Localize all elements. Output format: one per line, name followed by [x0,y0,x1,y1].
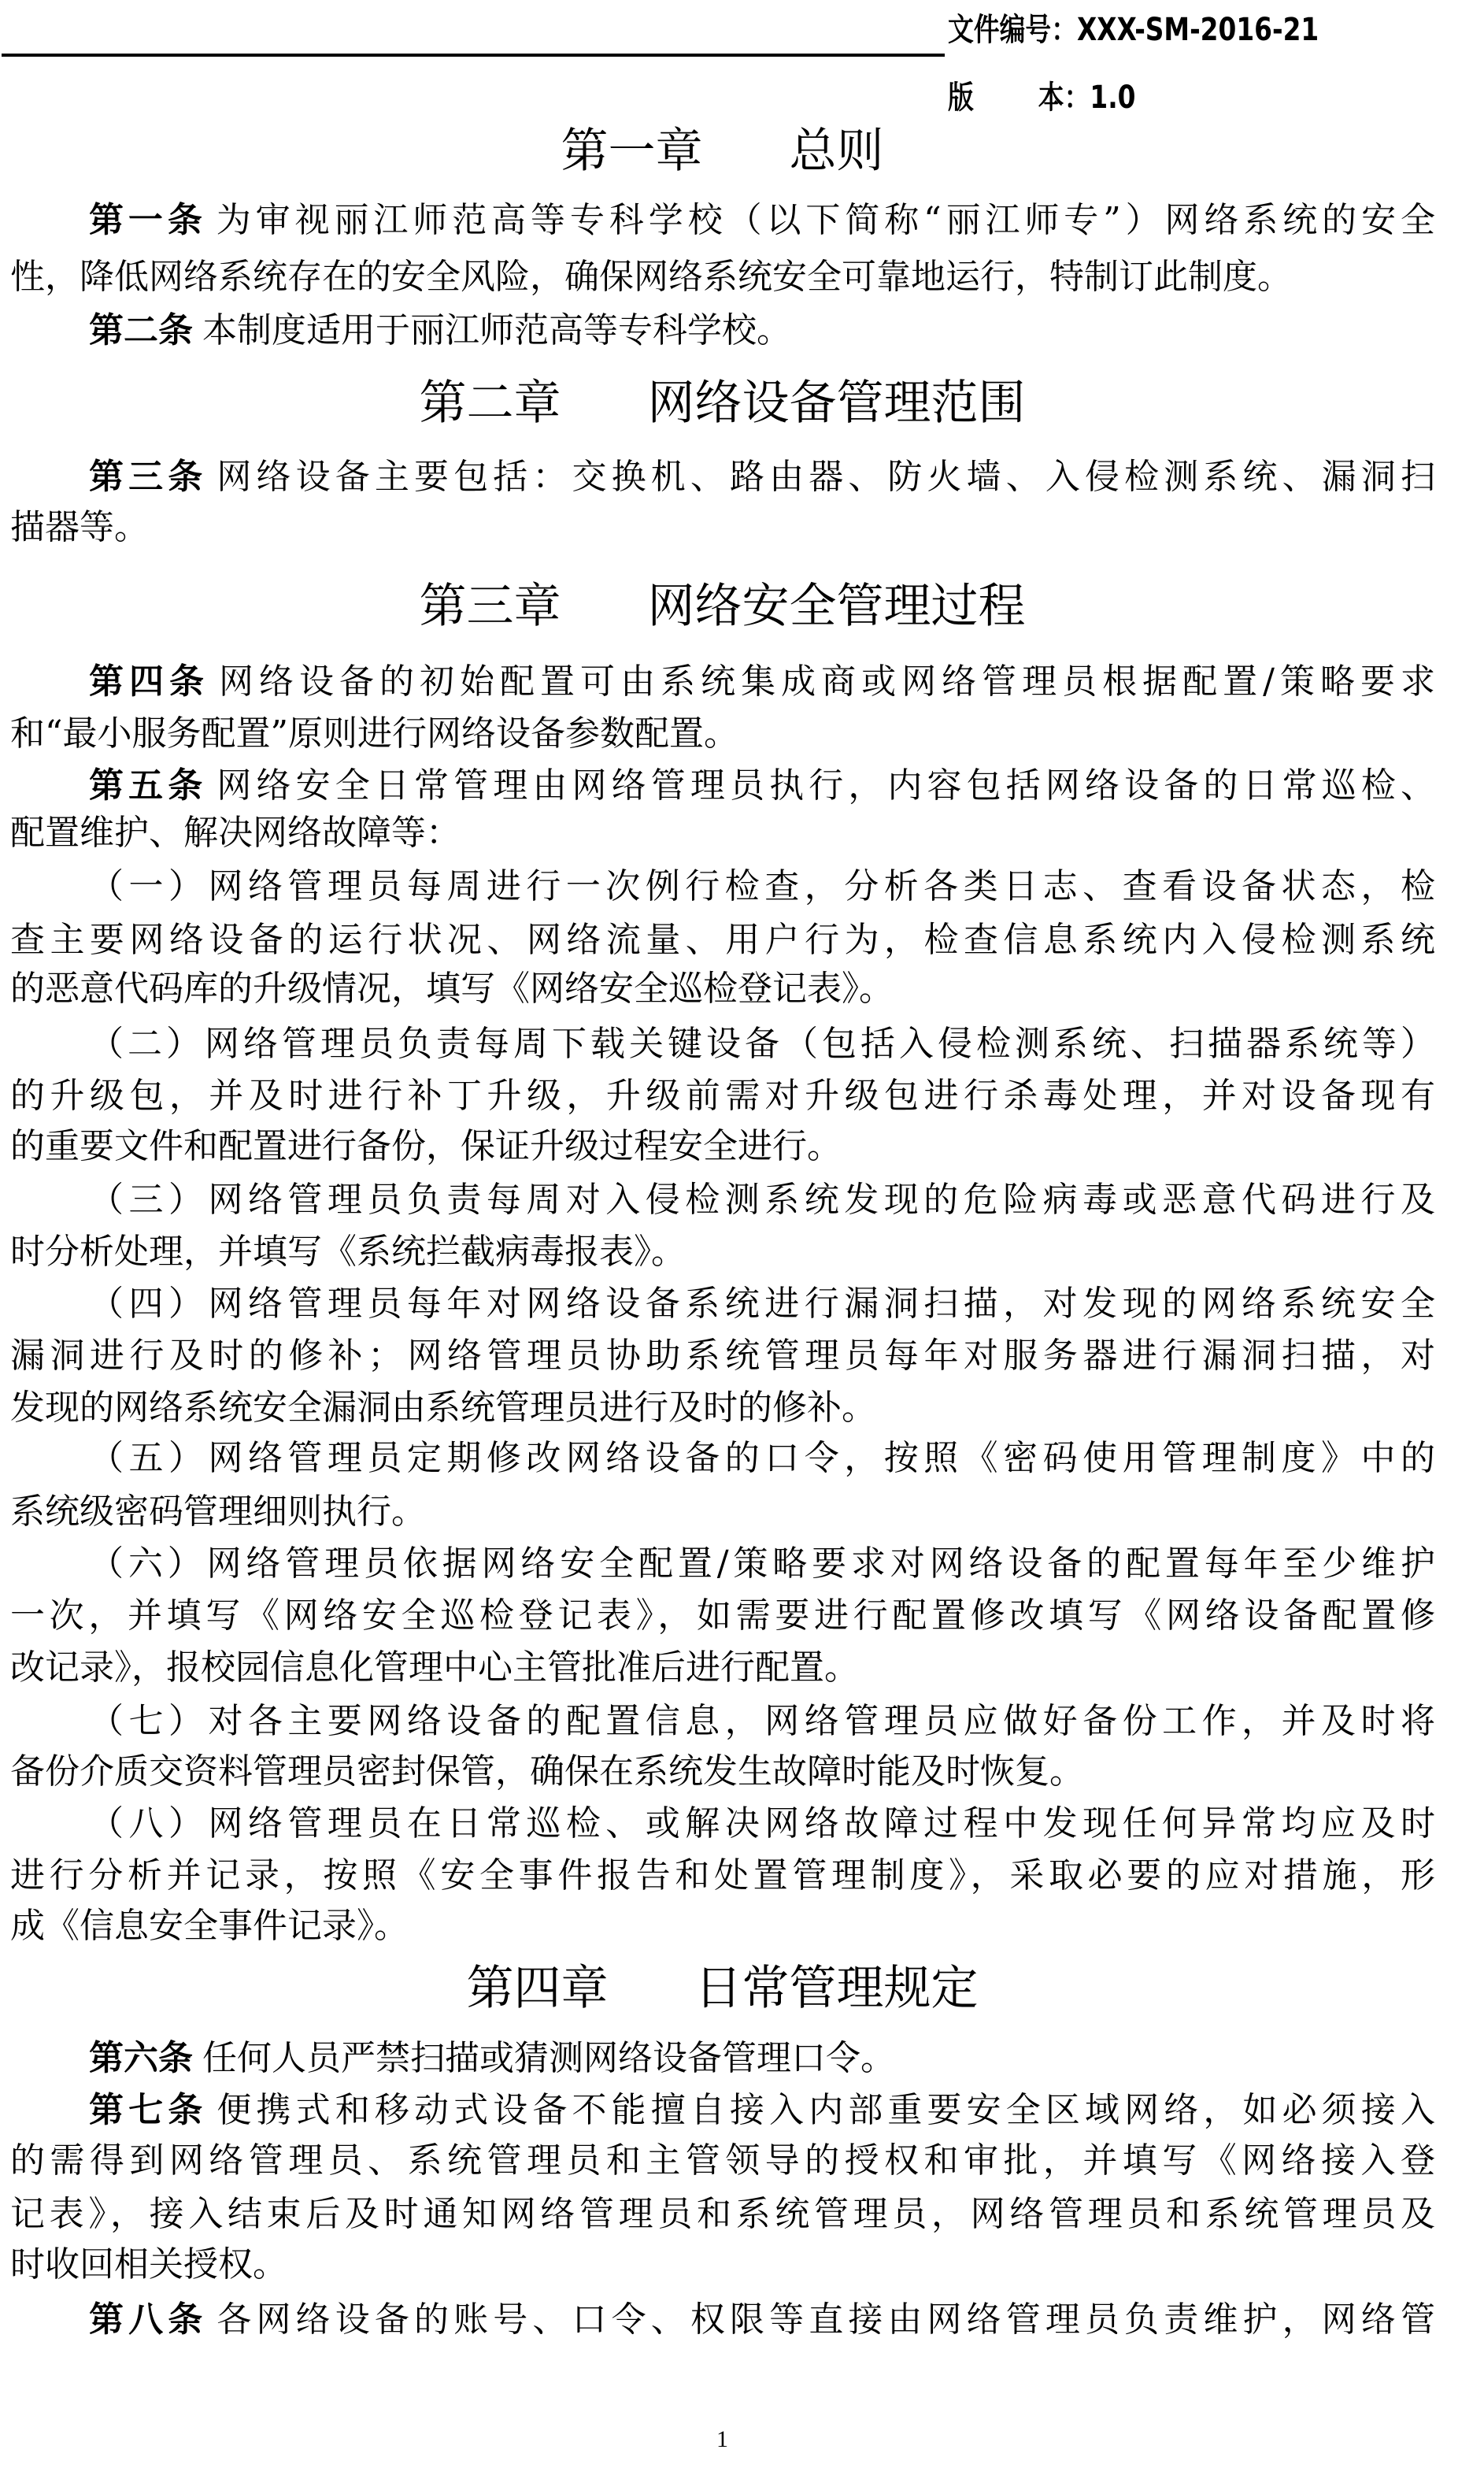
chapter-4-heading: 第四章日常管理规定 [0,1960,1445,2017]
article-label: 第六条 [89,2038,193,2078]
chapter-2-heading: 第二章网络设备管理范围 [0,375,1445,432]
item-3-line-1: （三）网络管理员负责每周对入侵检测系统发现的危险病毒或恶意代码进行及 [10,1174,1435,1226]
article-text: 本制度适用于丽江师范高等专科学校。 [202,310,791,350]
item-2-line-1: （二）网络管理员负责每周下载关键设备（包括入侵检测系统、扫描器系统等） [10,1018,1435,1070]
article-text: 的需得到网络管理员、系统管理员和主管领导的授权和审批，并填写《网络接入登 [10,2140,1435,2181]
document-number-label: 文件编号： [948,12,1077,48]
article-text: 为审视丽江师范高等专科学校（以下简称“丽江师专”）网络系统的安全 [216,200,1435,240]
document-number: 文件编号：XXX-SM-2016-21 [948,11,1319,49]
article-7-line-2: 的需得到网络管理员、系统管理员和主管领导的授权和审批，并填写《网络接入登 [10,2135,1435,2187]
item-text: 改记录》，报校园信息化管理中心主管批准后进行配置。 [10,1647,859,1688]
item-text: 发现的网络系统安全漏洞由系统管理员进行及时的修补。 [10,1388,876,1428]
item-8-line-3: 成《信息安全事件记录》。 [10,1900,1435,1952]
item-text: （五）网络管理员定期修改网络设备的口令，按照《密码使用管理制度》中的 [89,1438,1435,1478]
article-label: 第八条 [89,2299,207,2340]
article-2-line-1: 第二条本制度适用于丽江师范高等专科学校。 [10,305,1435,357]
item-5-line-1: （五）网络管理员定期修改网络设备的口令，按照《密码使用管理制度》中的 [10,1432,1435,1484]
version-label-b: 本： [1038,80,1090,116]
article-text: 任何人员严禁扫描或猜测网络设备管理口令。 [202,2038,895,2078]
article-label: 第一条 [89,200,207,240]
item-text: 一次，并填写《网络安全巡检登记表》，如需要进行配置修改填写《网络设备配置修 [10,1595,1435,1636]
article-text: 性，降低网络系统存在的安全风险，确保网络系统安全可靠地运行，特制订此制度。 [10,257,1292,297]
item-text: 漏洞进行及时的修补；网络管理员协助系统管理员每年对服务器进行漏洞扫描，对 [10,1336,1435,1376]
article-text: 便携式和移动式设备不能擅自接入内部重要安全区域网络，如必须接入 [216,2090,1435,2130]
article-text: 和“最小服务配置”原则进行网络设备参数配置。 [10,713,738,754]
version-label-a: 版 [948,80,974,116]
chapter-number: 第一章 [561,124,703,179]
item-8-line-2: 进行分析并记录，按照《安全事件报告和处置管理制度》，采取必要的应对措施，形 [10,1850,1435,1902]
document-page: 文件编号：XXX-SM-2016-21 版本：1.0 第一章总则 第一条为审视丽… [0,0,1484,2468]
article-text: 记表》，接入结束后及时通知网络管理员和系统管理员，网络管理员和系统管理员及 [10,2194,1435,2234]
chapter-3-heading: 第三章网络安全管理过程 [0,578,1445,635]
article-text: 网络设备主要包括：交换机、路由器、防火墙、入侵检测系统、漏洞扫 [216,457,1435,497]
item-text: 进行分析并记录，按照《安全事件报告和处置管理制度》，采取必要的应对措施，形 [10,1855,1435,1895]
chapter-title: 日常管理规定 [695,1961,979,2016]
item-text: （八）网络管理员在日常巡检、或解决网络故障过程中发现任何异常均应及时 [89,1803,1435,1844]
article-6-line-1: 第六条任何人员严禁扫描或猜测网络设备管理口令。 [10,2033,1435,2084]
item-2-line-3: 的重要文件和配置进行备份，保证升级过程安全进行。 [10,1121,1435,1173]
article-label: 第三条 [89,457,207,497]
item-text: 的重要文件和配置进行备份，保证升级过程安全进行。 [10,1126,842,1166]
article-7-line-3: 记表》，接入结束后及时通知网络管理员和系统管理员，网络管理员和系统管理员及 [10,2188,1435,2240]
item-text: 的升级包，并及时进行补丁升级，升级前需对升级包进行杀毒处理，并对设备现有 [10,1076,1435,1116]
item-text: 成《信息安全事件记录》。 [10,1906,409,1946]
item-6-line-2: 一次，并填写《网络安全巡检登记表》，如需要进行配置修改填写《网络设备配置修 [10,1590,1435,1642]
article-4-line-1: 第四条网络设备的初始配置可由系统集成商或网络管理员根据配置/策略要求 [10,656,1435,708]
article-text: 网络安全日常管理由网络管理员执行，内容包括网络设备的日常巡检、 [216,765,1435,806]
article-text: 网络设备的初始配置可由系统集成商或网络管理员根据配置/策略要求 [219,661,1435,702]
item-text: （七）对各主要网络设备的配置信息，网络管理员应做好备份工作，并及时将 [89,1701,1435,1741]
item-1-line-1: （一）网络管理员每周进行一次例行检查，分析各类日志、查看设备状态，检 [10,861,1435,913]
item-text: 的恶意代码库的升级情况，填写《网络安全巡检登记表》。 [10,969,894,1009]
item-1-line-2: 查主要网络设备的运行状况、网络流量、用户行为，检查信息系统内入侵检测系统 [10,914,1435,966]
item-6-line-3: 改记录》，报校园信息化管理中心主管批准后进行配置。 [10,1642,1435,1694]
article-1-line-2: 性，降低网络系统存在的安全风险，确保网络系统安全可靠地运行，特制订此制度。 [10,251,1435,303]
article-7-line-1: 第七条便携式和移动式设备不能擅自接入内部重要安全区域网络，如必须接入 [10,2084,1435,2136]
chapter-title: 总则 [790,124,884,179]
item-text: 查主要网络设备的运行状况、网络流量、用户行为，检查信息系统内入侵检测系统 [10,920,1435,960]
chapter-title: 网络设备管理范围 [648,376,1026,431]
item-5-line-2: 系统级密码管理细则执行。 [10,1486,1435,1538]
article-label: 第七条 [89,2090,207,2130]
item-text: （三）网络管理员负责每周对入侵检测系统发现的危险病毒或恶意代码进行及 [89,1180,1435,1220]
item-7-line-1: （七）对各主要网络设备的配置信息，网络管理员应做好备份工作，并及时将 [10,1695,1435,1747]
item-3-line-2: 时分析处理，并填写《系统拦截病毒报表》。 [10,1226,1435,1278]
chapter-number: 第二章 [420,376,561,431]
article-3-line-2: 描器等。 [10,502,1435,554]
article-label: 第五条 [89,765,207,806]
item-1-line-3: 的恶意代码库的升级情况，填写《网络安全巡检登记表》。 [10,963,1435,1015]
chapter-title: 网络安全管理过程 [648,579,1026,634]
article-4-line-2: 和“最小服务配置”原则进行网络设备参数配置。 [10,708,1435,760]
chapter-number: 第四章 [467,1961,609,2016]
item-text: 备份介质交资料管理员密封保管，确保在系统发生故障时能及时恢复。 [10,1751,1084,1792]
item-text: （六）网络管理员依据网络安全配置/策略要求对网络设备的配置每年至少维护 [89,1543,1435,1584]
item-2-line-2: 的升级包，并及时进行补丁升级，升级前需对升级包进行杀毒处理，并对设备现有 [10,1070,1435,1122]
article-7-line-4: 时收回相关授权。 [10,2239,1435,2291]
item-text: （四）网络管理员每年对网络设备系统进行漏洞扫描，对发现的网络系统安全 [89,1284,1435,1324]
item-text: 时分析处理，并填写《系统拦截病毒报表》。 [10,1232,686,1272]
page-number: 1 [0,2424,1445,2455]
header-rule [2,54,945,57]
item-8-line-1: （八）网络管理员在日常巡检、或解决网络故障过程中发现任何异常均应及时 [10,1798,1435,1850]
article-text: 时收回相关授权。 [10,2244,287,2285]
article-3-line-1: 第三条网络设备主要包括：交换机、路由器、防火墙、入侵检测系统、漏洞扫 [10,451,1435,503]
chapter-number: 第三章 [420,579,561,634]
article-5-line-1: 第五条网络安全日常管理由网络管理员执行，内容包括网络设备的日常巡检、 [10,760,1435,812]
item-4-line-3: 发现的网络系统安全漏洞由系统管理员进行及时的修补。 [10,1382,1435,1434]
article-8-line-1: 第八条各网络设备的账号、口令、权限等直接由网络管理员负责维护，网络管 [10,2294,1435,2346]
item-text: （二）网络管理员负责每周下载关键设备（包括入侵检测系统、扫描器系统等） [89,1024,1435,1064]
document-version: 版本：1.0 [948,79,1136,117]
item-text: （一）网络管理员每周进行一次例行检查，分析各类日志、查看设备状态，检 [89,866,1435,906]
item-4-line-1: （四）网络管理员每年对网络设备系统进行漏洞扫描，对发现的网络系统安全 [10,1278,1435,1330]
chapter-1-heading: 第一章总则 [0,123,1445,180]
article-text: 描器等。 [10,507,149,547]
article-text: 各网络设备的账号、口令、权限等直接由网络管理员负责维护，网络管 [216,2299,1435,2340]
article-label: 第二条 [89,310,193,350]
article-1-line-1: 第一条为审视丽江师范高等专科学校（以下简称“丽江师专”）网络系统的安全 [10,195,1435,246]
version-value: 1.0 [1090,80,1135,116]
article-label: 第四条 [89,661,209,702]
article-5-line-2: 配置维护、解决网络故障等： [10,807,1435,859]
item-7-line-2: 备份介质交资料管理员密封保管，确保在系统发生故障时能及时恢复。 [10,1746,1435,1798]
item-4-line-2: 漏洞进行及时的修补；网络管理员协助系统管理员每年对服务器进行漏洞扫描，对 [10,1330,1435,1382]
item-text: 系统级密码管理细则执行。 [10,1492,426,1532]
document-number-value: XXX-SM-2016-21 [1077,12,1319,48]
article-text: 配置维护、解决网络故障等： [10,813,461,853]
item-6-line-1: （六）网络管理员依据网络安全配置/策略要求对网络设备的配置每年至少维护 [10,1538,1435,1590]
